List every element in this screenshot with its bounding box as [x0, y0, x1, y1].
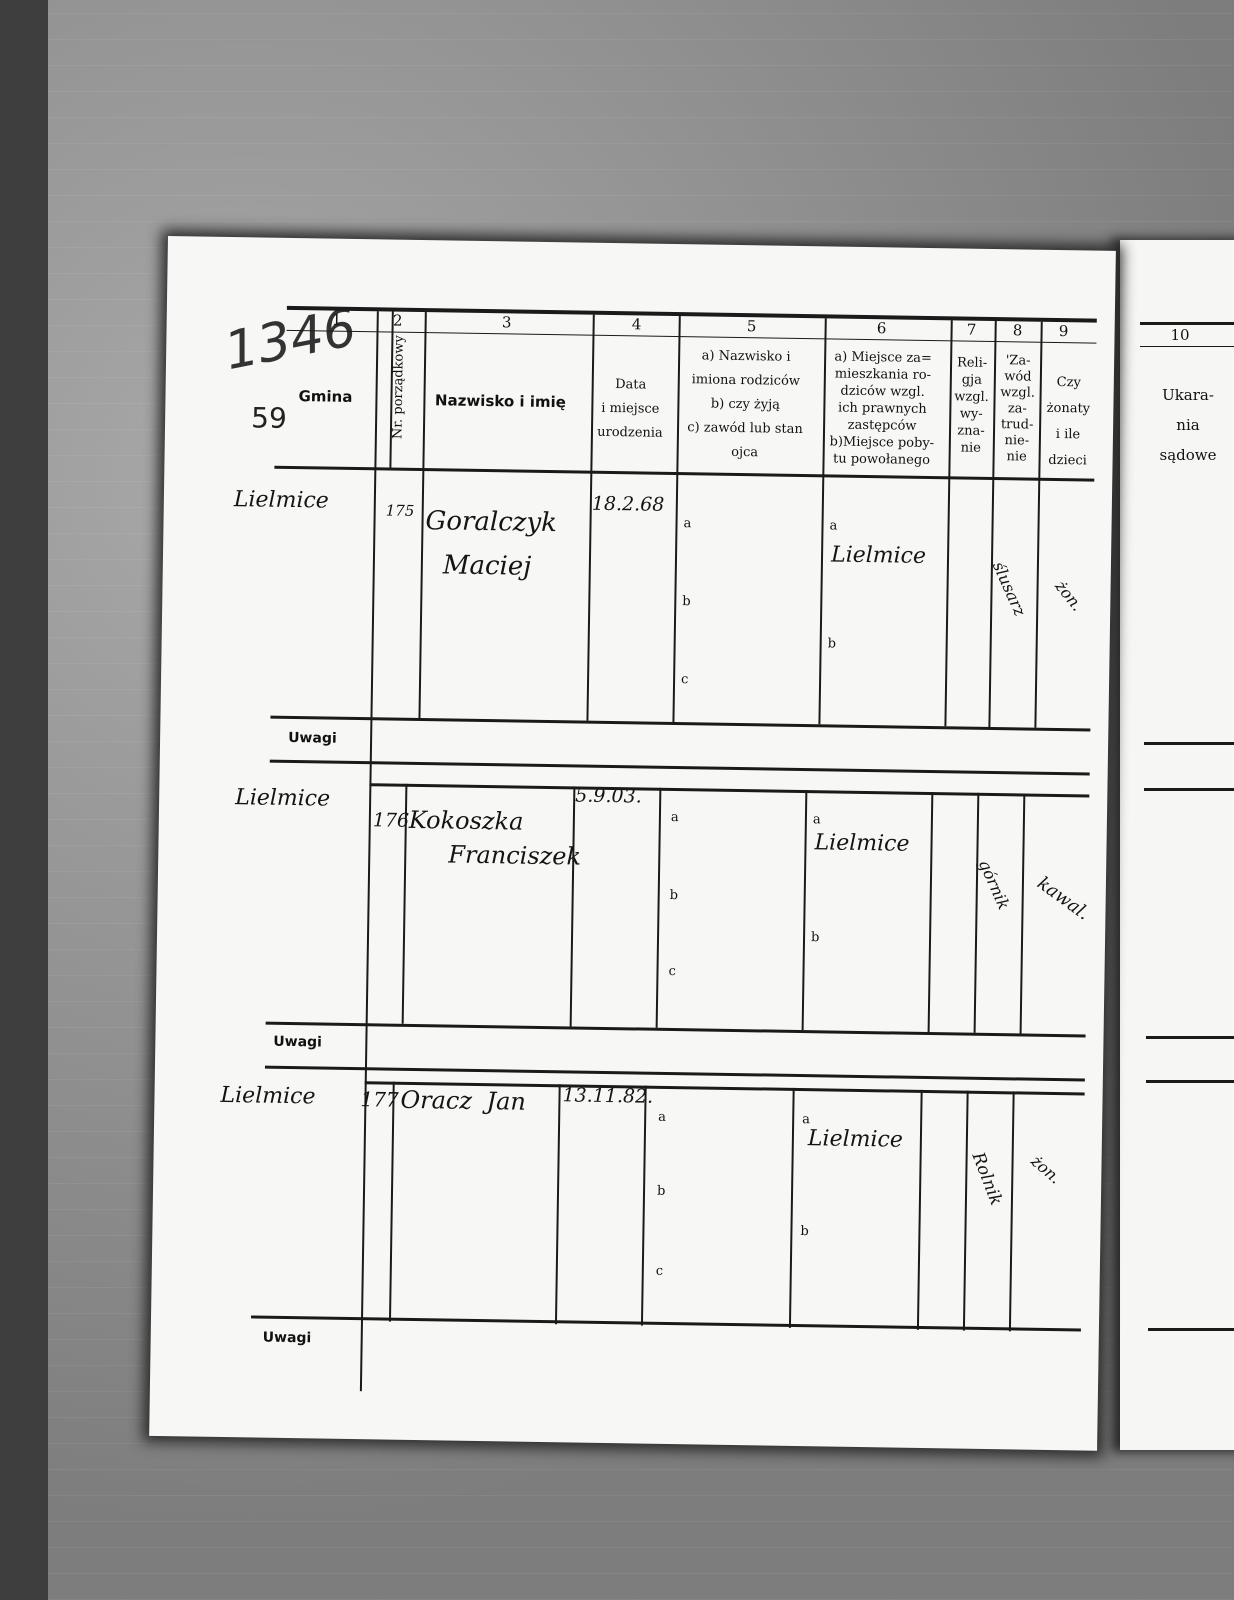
- header-line: imiona rodziców: [671, 368, 821, 394]
- sub-label-b: b: [828, 636, 837, 651]
- header-line: nie: [995, 449, 1039, 466]
- first-name: Jan: [486, 1087, 526, 1116]
- first-name: Franciszek: [448, 840, 581, 870]
- header-line: Data: [586, 373, 676, 398]
- header-line: Ukara-: [1138, 380, 1234, 410]
- column-number-9: 9: [1048, 322, 1078, 340]
- gmina-value: Lielmice: [235, 785, 330, 811]
- rule: [963, 1091, 969, 1331]
- rule: [1148, 1328, 1234, 1331]
- entry-number: 175: [386, 501, 415, 519]
- rule: [917, 1090, 923, 1330]
- header-line: wy-: [949, 405, 993, 423]
- residence: Lielmice: [831, 542, 926, 568]
- sub-label-a: a: [683, 516, 691, 531]
- rule: [570, 786, 576, 1026]
- remarks-label: Uwagi: [273, 1034, 322, 1051]
- header-line: b) czy żyją: [670, 392, 820, 418]
- header-line: wzgl.: [949, 388, 993, 406]
- surname: Oracz: [400, 1086, 472, 1115]
- header-line: Reli-: [950, 354, 994, 372]
- column-number-4: 4: [622, 315, 652, 333]
- header-line: sądowe: [1138, 440, 1234, 470]
- rule: [672, 474, 678, 722]
- gmina-value: Lielmice: [234, 487, 329, 513]
- header-line: za-: [995, 401, 1039, 418]
- header-line: b)Miejsce poby-: [817, 433, 947, 452]
- rule: [802, 790, 808, 1030]
- header-line: urodzenia: [585, 421, 675, 446]
- rule: [818, 476, 824, 724]
- occupation: górnik: [975, 857, 1014, 913]
- sub-label-a: a: [658, 1110, 666, 1125]
- rule: [422, 312, 426, 470]
- header-line: 'Za-: [996, 353, 1040, 370]
- rule: [656, 788, 662, 1028]
- sub-label-b: b: [670, 888, 679, 903]
- header-zawod: 'Za- wód wzgl. za- trud- nie- nie: [995, 353, 1041, 466]
- rule: [389, 1082, 395, 1322]
- rule: [265, 1066, 1085, 1082]
- header-line: nia: [1138, 410, 1234, 440]
- header-line: nie-: [995, 433, 1039, 450]
- rule: [1020, 794, 1026, 1034]
- marital-status: kawal.: [1033, 873, 1093, 925]
- rule: [1144, 788, 1234, 791]
- scan-edge: [0, 0, 48, 1600]
- rule: [369, 783, 1089, 797]
- rule: [944, 478, 950, 726]
- occupation: ślusarz: [989, 559, 1030, 619]
- rule: [418, 470, 424, 718]
- header-line: wód: [996, 369, 1040, 386]
- register-entry: Lielmice 175 Goralczyk Maciej 18.2.68 a …: [168, 236, 1116, 251]
- header-line: dziców wzgl.: [818, 382, 948, 401]
- header-nazwisko-imie: Nazwisko i imię: [420, 392, 580, 411]
- header-line: i ile: [1041, 422, 1095, 449]
- sub-label-a: a: [813, 812, 821, 827]
- column-number-7: 7: [956, 320, 986, 338]
- header-data-urodzenia: Data i miejsce urodzenia: [585, 373, 676, 446]
- header-line: nie: [949, 439, 993, 457]
- rule: [1009, 1091, 1015, 1331]
- header-line: i miejsce: [585, 397, 675, 422]
- column-number-6: 6: [867, 319, 897, 337]
- rule: [251, 1315, 1081, 1331]
- sub-label-a: a: [671, 810, 679, 825]
- header-line: dzieci: [1040, 448, 1094, 475]
- residence: Lielmice: [814, 830, 909, 856]
- sub-label-b: b: [682, 594, 691, 609]
- rule: [555, 1084, 561, 1324]
- register-entry: Lielmice 176 Kokoszka Franciszek 5.9.03.…: [168, 236, 1116, 251]
- column-number-5: 5: [737, 317, 767, 335]
- surname: Goralczyk: [425, 506, 557, 538]
- header-line: gja: [950, 371, 994, 389]
- register-page: 1346 59 1 2 3 4 5 6 7 8 9 Gmina Nr. porz…: [149, 236, 1116, 1451]
- rule: [1146, 1036, 1234, 1039]
- header-miejsce-zamieszkania: a) Miejsce za= mieszkania ro- dziców wzg…: [816, 348, 948, 469]
- rule: [988, 479, 994, 727]
- rule: [365, 1081, 1085, 1095]
- header-line: ich prawnych: [817, 399, 947, 418]
- rule: [1144, 742, 1234, 745]
- birth-date: 18.2.68: [592, 493, 665, 516]
- register-entry: Lielmice 177 Oracz Jan 13.11.82. a b c a…: [168, 236, 1116, 251]
- column-number-1: 1: [322, 310, 352, 328]
- sub-label-b: b: [657, 1184, 666, 1199]
- remarks-label: Uwagi: [263, 1330, 312, 1347]
- sub-label-c: c: [656, 1264, 664, 1279]
- sub-label-a: a: [829, 518, 837, 533]
- header-religia: Reli- gja wzgl. wy- zna- nie: [949, 354, 995, 457]
- rule: [360, 311, 379, 1391]
- rule: [266, 1022, 1086, 1038]
- rule: [1140, 346, 1234, 347]
- rule: [928, 792, 934, 1032]
- header-line: zastępców: [817, 416, 947, 435]
- sub-label-c: c: [681, 672, 689, 687]
- column-number-3: 3: [492, 313, 522, 331]
- rule: [270, 716, 1090, 732]
- rule: [1146, 1080, 1234, 1083]
- gmina-value: Lielmice: [220, 1083, 315, 1109]
- surname: Kokoszka: [409, 806, 524, 836]
- header-col10: Ukara- nia sądowe: [1138, 380, 1234, 470]
- header-line: a) Miejsce za=: [818, 348, 948, 367]
- rule: [789, 1088, 795, 1328]
- header-gmina: Gmina: [285, 388, 365, 405]
- header-line: mieszkania ro-: [818, 365, 948, 384]
- sub-label-c: c: [668, 964, 676, 979]
- header-bottom-rule: [274, 466, 1094, 482]
- header-line: c) zawód lub stan: [670, 416, 820, 442]
- sub-label-b: b: [811, 930, 820, 945]
- rule: [586, 473, 592, 721]
- column-number-2: 2: [383, 311, 413, 329]
- header-czy-zonaty: Czy żonaty i ile dzieci: [1040, 370, 1096, 475]
- marital-status: żon.: [1051, 577, 1087, 615]
- header-line: a) Nazwisko i: [671, 344, 821, 370]
- column-number-10: 10: [1160, 326, 1200, 344]
- remarks-label: Uwagi: [288, 730, 337, 747]
- column-number-8: 8: [1002, 321, 1032, 339]
- header-line: wzgl.: [996, 385, 1040, 402]
- header-line: tu powołanego: [816, 450, 946, 469]
- rule: [270, 760, 1090, 776]
- first-name: Maciej: [443, 550, 532, 581]
- occupation: Rolnik: [968, 1150, 1007, 1209]
- rule: [1034, 480, 1040, 728]
- rule: [1140, 322, 1234, 325]
- marital-status: żon.: [1027, 1151, 1065, 1187]
- sub-label-b: b: [800, 1224, 809, 1239]
- rule: [974, 793, 980, 1033]
- page-number: 59: [251, 401, 287, 435]
- header-line: ojca: [669, 440, 819, 466]
- sub-label-a: a: [802, 1112, 810, 1127]
- facing-page: 10 Ukara- nia sądowe: [1120, 240, 1234, 1450]
- header-line: żonaty: [1041, 396, 1095, 423]
- header-rodzice: a) Nazwisko i imiona rodziców b) czy żyj…: [669, 344, 821, 466]
- rule: [641, 1086, 647, 1326]
- header-line: trud-: [995, 417, 1039, 434]
- header-line: Czy: [1042, 370, 1096, 397]
- residence: Lielmice: [808, 1126, 903, 1152]
- header-line: zna-: [949, 422, 993, 440]
